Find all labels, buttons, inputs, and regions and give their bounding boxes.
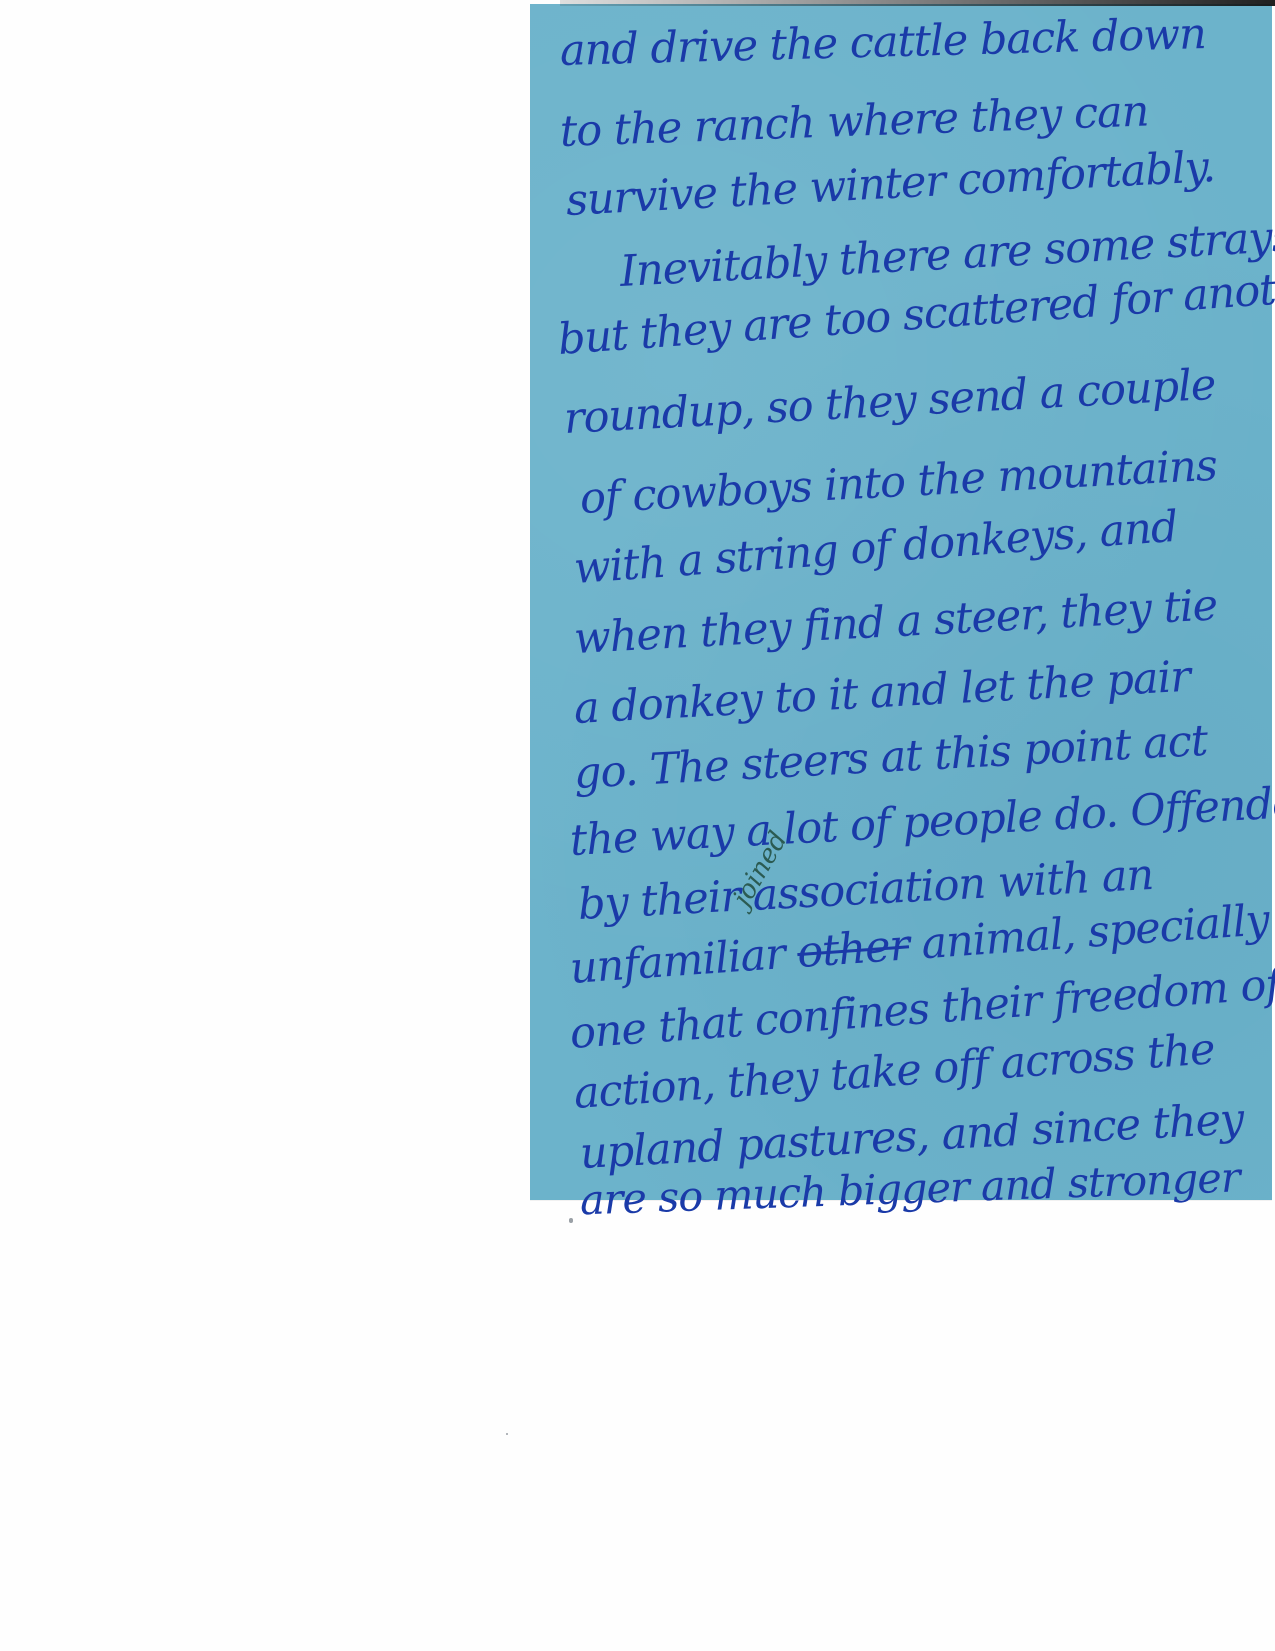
scan-dust-speck	[569, 1218, 573, 1223]
struck-out-word: other	[796, 920, 911, 978]
blue-letter-sheet: and drive the cattle back down to the ra…	[530, 4, 1272, 1200]
scan-dust-speck	[506, 1433, 508, 1435]
text-line-6: roundup, so they send a couple	[563, 360, 1217, 444]
paper-top-shadow	[560, 0, 1275, 6]
text-line-9: when they find a steer, they tie	[573, 580, 1219, 664]
text-line-2: to the ranch where they can	[559, 86, 1149, 157]
line14-prefix: unfamiliar	[568, 929, 786, 994]
text-line-1: and drive the cattle back down	[559, 9, 1206, 76]
text-line-3: survive the winter comfortably.	[565, 142, 1216, 226]
handwritten-text: and drive the cattle back down to the ra…	[530, 4, 1272, 1200]
scan-page: and drive the cattle back down to the ra…	[0, 0, 1275, 1651]
